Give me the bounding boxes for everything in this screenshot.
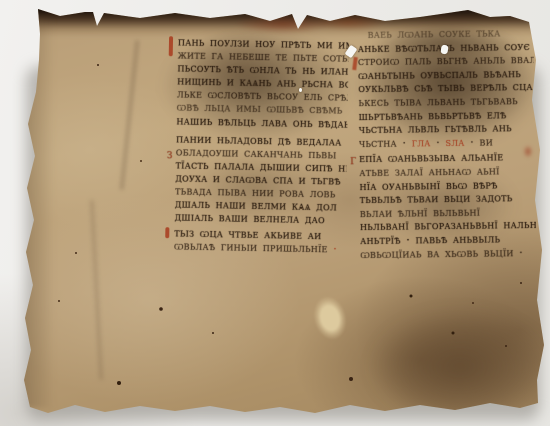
parchment-leaf: пань поулзи ноу прѣть ми иможите га небе…: [0, 0, 550, 426]
rubric-text: ·: [328, 242, 338, 256]
parchment-hole: [299, 88, 302, 92]
text-line: чьстна · гла · ѕла · ви: [359, 135, 535, 151]
crease-line: [90, 200, 102, 380]
text-line: вьлаи ѣльнї вьльвьнї: [360, 205, 536, 221]
text-line: ькесь тьіва львань тьгьвавь: [358, 94, 534, 110]
text-line: ѡвьлаѣ гиньіи пришьльнїе ·: [174, 240, 345, 256]
grime-over-text: [355, 22, 535, 64]
paragraph: тьіз ѡца чтвье акьиве аиѡвьлаѣ гиньіи пр…: [174, 227, 345, 256]
rubric-initial: [169, 36, 173, 56]
text-line: ньльванї вьгоразаньвьнї нальнї: [360, 218, 536, 234]
crease-line: [120, 40, 139, 189]
paragraph: зпании ньладовьі дѣ ведалааобладоуши сак…: [174, 132, 347, 227]
rubric-initial: з: [167, 147, 173, 160]
text-line: атьве залаї аньнаѡ аьнї: [359, 164, 535, 180]
paragraph: пань поулзи ноу прѣть ми иможите га небе…: [176, 35, 349, 130]
paragraph: гепїа ѡаньвьзьіва альанїеатьве залаї ань…: [359, 150, 536, 261]
text-line: ѡвьѡцїиаь ва хьѡвь вьцїи ·: [360, 245, 536, 261]
red-edge-stain: [523, 145, 533, 158]
rubric-text: ѕла: [445, 135, 464, 149]
rubric-initial: [165, 227, 169, 238]
text-column-left: пань поулзи ноу прѣть ми иможите га небе…: [174, 35, 349, 256]
photo-backdrop: пань поулзи ноу прѣть ми иможите га небе…: [0, 0, 550, 426]
stain-bottom-right: [250, 280, 550, 425]
rubric-initial: г: [350, 153, 356, 166]
ink-speckles: [97, 64, 99, 66]
rubric-text: гла: [412, 135, 431, 149]
text-line: дшіаль ваши велнела дао: [174, 211, 345, 227]
